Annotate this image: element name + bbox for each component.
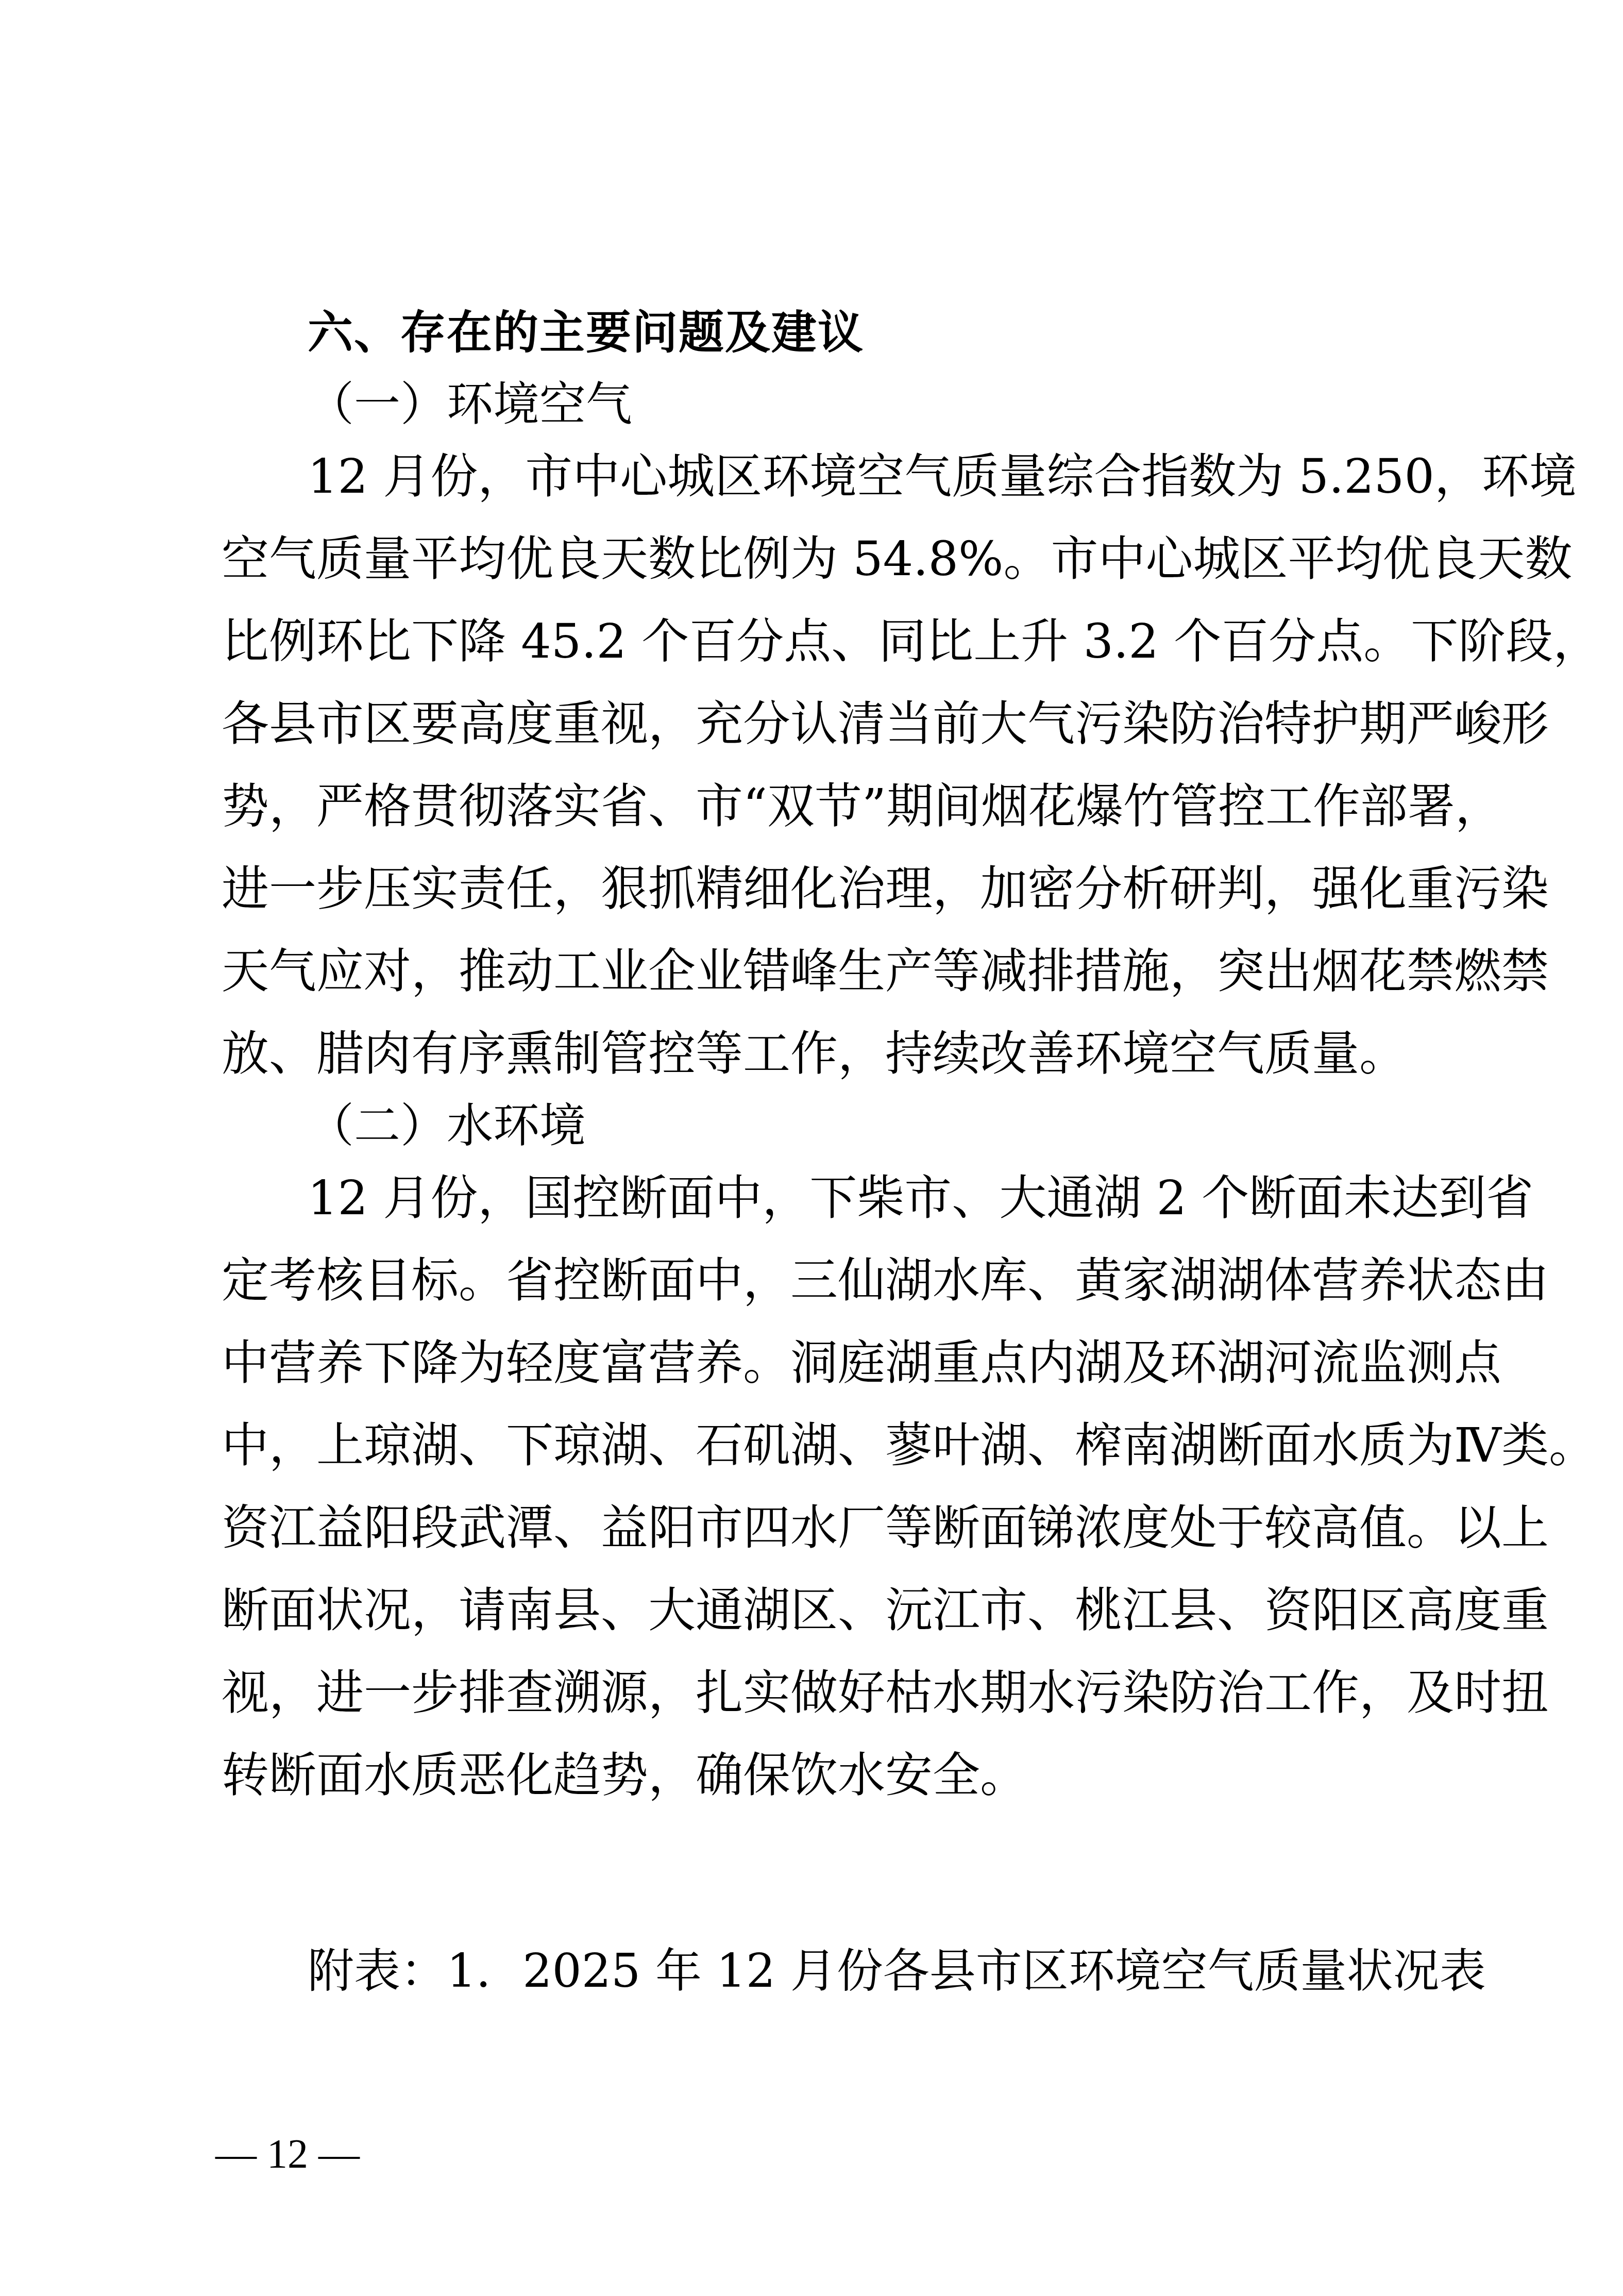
- paragraph-line: 势，严格贯彻落实省、市“双节”期间烟花爆竹管控工作部署，: [222, 776, 1419, 837]
- paragraph-line: 空气质量平均优良天数比例为 54.8%。市中心城区平均优良天数: [222, 528, 1419, 590]
- paragraph-line: 比例环比下降 45.2 个百分点、同比上升 3.2 个百分点。下阶段，: [222, 611, 1419, 673]
- section-heading: 六、存在的主要问题及建议: [308, 301, 864, 363]
- paragraph-line: 中营养下降为轻度富营养。洞庭湖重点内湖及环湖河流监测点: [222, 1332, 1419, 1394]
- paragraph-line: 天气应对，推动工业企业错峰生产等减排措施，突出烟花禁燃禁: [222, 941, 1419, 1002]
- annex-reference: 附表：1．2025 年 12 月份各县市区环境空气质量状况表: [308, 1940, 1486, 2002]
- paragraph-line: 各县市区要高度重视，充分认清当前大气污染防治特护期严峻形: [222, 693, 1419, 755]
- document-page: 六、存在的主要问题及建议 （一）环境空气 12 月份，市中心城区环境空气质量综合…: [0, 0, 1623, 2296]
- paragraph-line: 中，上琼湖、下琼湖、石矶湖、蓼叶湖、榨南湖断面水质为Ⅳ类。: [222, 1415, 1419, 1477]
- paragraph-line: 断面状况，请南县、大通湖区、沅江市、桃江县、资阳区高度重: [222, 1580, 1419, 1641]
- paragraph-line: 放、腊肉有序熏制管控等工作，持续改善环境空气质量。: [222, 1023, 1419, 1085]
- page-number: — 12 —: [215, 2129, 360, 2180]
- paragraph-line: 视，进一步排查溯源，扎实做好枯水期水污染防治工作，及时扭: [222, 1662, 1419, 1724]
- paragraph-line: 12 月份，市中心城区环境空气质量综合指数为 5.250，环境: [308, 446, 1419, 508]
- paragraph-line: 12 月份，国控断面中，下柴市、大通湖 2 个断面未达到省: [308, 1167, 1419, 1229]
- paragraph-line: 转断面水质恶化趋势，确保饮水安全。: [222, 1745, 1419, 1806]
- subheading-water: （二）水环境: [308, 1095, 586, 1157]
- paragraph-line: 资江益阳段武潭、益阳市四水厂等断面锑浓度处于较高值。以上: [222, 1497, 1419, 1559]
- paragraph-line: 定考核目标。省控断面中，三仙湖水库、黄家湖湖体营养状态由: [222, 1250, 1419, 1312]
- subheading-air: （一）环境空气: [308, 374, 632, 435]
- paragraph-line: 进一步压实责任，狠抓精细化治理，加密分析研判，强化重污染: [222, 858, 1419, 920]
